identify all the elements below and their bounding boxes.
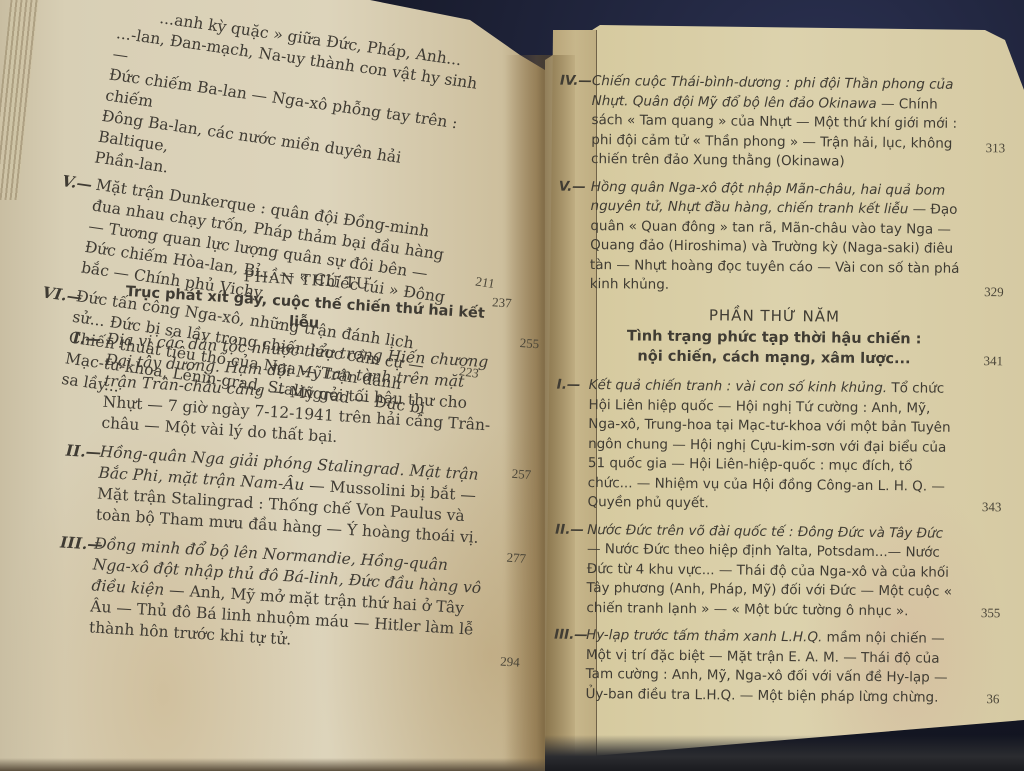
toc-entry-i[interactable]: I.— Địa vị các dân tộc nhược tiểu trong … — [101, 329, 499, 458]
page-number: 329 — [984, 282, 1004, 302]
page-number: 294 — [500, 650, 521, 672]
page-number: 36 — [986, 689, 999, 709]
entry-text: — Nước Đức theo hiệp định Yalta, Potsdam… — [586, 541, 952, 619]
entry-number: V.— — [60, 170, 94, 195]
entry-title: Nước Đức trên võ đài quốc tế : Đông Đức … — [587, 521, 943, 541]
part-heading: PHẦN THỨ NĂM — [589, 304, 959, 327]
entry-number: IV.— — [560, 72, 592, 92]
toc-entry-ii[interactable]: II.— Hồng-quân Nga giải phóng Stalingrad… — [95, 442, 491, 550]
entry-number: III.— — [60, 531, 104, 555]
bottom-left-shadow — [0, 758, 545, 771]
photo-scene: ...anh kỳ quặc » giữa Đức, Pháp, Anh... … — [0, 0, 1024, 771]
part5-header: PHẦN THỨ NĂM Tình trạng phức tạp thời hậ… — [589, 304, 960, 369]
page-number: 355 — [981, 603, 1001, 623]
entry-number: II.— — [65, 440, 102, 463]
entry-number: I.— — [72, 327, 101, 350]
entry-number: II.— — [555, 520, 584, 540]
toc-entry-iii[interactable]: III.— Đồng minh đổ bộ lên Normandie, Hồn… — [88, 533, 486, 662]
page-number: 255 — [519, 332, 540, 354]
entry-number: III.— — [554, 626, 588, 646]
page-number: 313 — [986, 138, 1006, 158]
entry-number: V.— — [559, 177, 586, 197]
toc-entry-i[interactable]: I.— Kết quả chiến tranh : vài con số kin… — [587, 376, 958, 516]
page-number: 343 — [982, 497, 1002, 517]
entry-text: Tổ chức Hội Liên hiệp quốc — Hội nghị Tứ… — [587, 380, 950, 511]
entry-title: Kết quả chiến tranh : vài con số kinh kh… — [589, 377, 888, 396]
entry-title: Hồng quân Nga-xô đột nhập Mãn-châu, hai … — [591, 178, 946, 217]
right-toc: IV.— Chiến cuộc Thái-bình-dương : phi độ… — [585, 72, 962, 716]
entry-title: Hy-lạp trước tấm thảm xanh L.H.Q. — [586, 627, 822, 645]
page-number: 257 — [511, 463, 532, 485]
part-subtitle-line2: nội chiến, cách mạng, xâm lược... — [589, 346, 959, 370]
page-number: 237 — [492, 291, 513, 313]
toc-entry-iii[interactable]: III.— Hy-lạp trước tấm thảm xanh L.H.Q. … — [585, 626, 956, 708]
bottom-shadow — [545, 735, 1024, 771]
toc-entry-v[interactable]: V.— Hồng quân Nga-xô đột nhập Mãn-châu, … — [590, 177, 961, 298]
page-number: 277 — [506, 547, 527, 569]
toc-entry-iv[interactable]: IV.— Chiến cuộc Thái-bình-dương : phi độ… — [591, 72, 962, 173]
toc-entry-ii[interactable]: II.— Nước Đức trên võ đài quốc tế : Đông… — [586, 520, 957, 621]
page-number: 341 — [983, 351, 1003, 371]
entry-number: I.— — [557, 376, 581, 396]
left-lower-toc: PHẦN THỨ TƯ Trục phát xít gãy, cuộc thế … — [88, 252, 503, 670]
